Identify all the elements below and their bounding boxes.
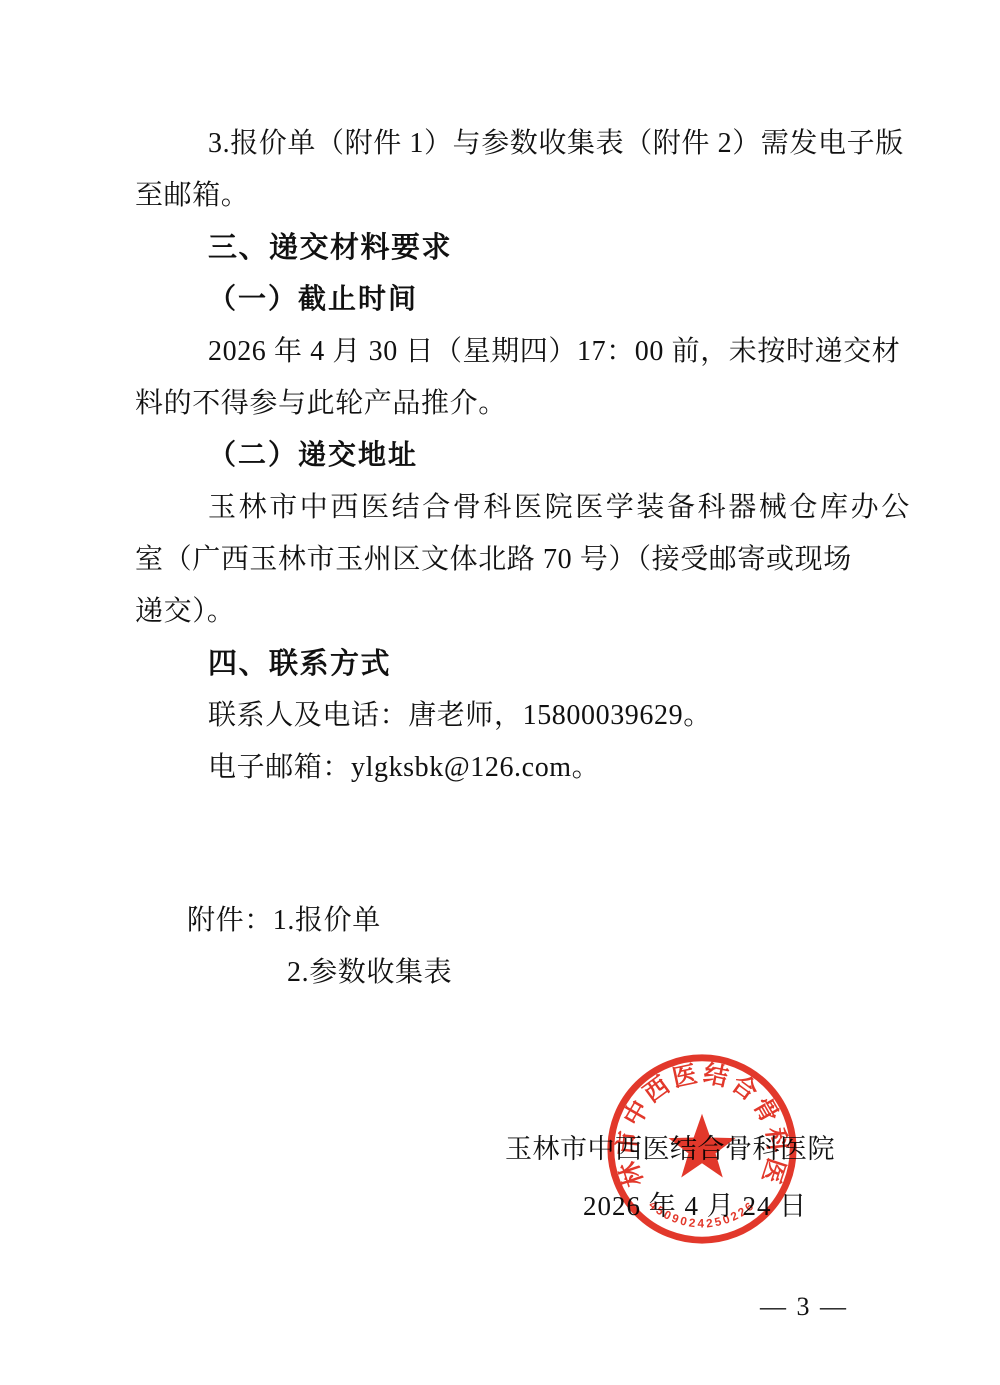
subheading-address: （二）递交地址: [135, 430, 880, 482]
para-contact-email: 电子邮箱：ylgksbk@126.com。: [135, 742, 880, 794]
para-deadline-line-2: 料的不得参与此轮产品推介。: [135, 378, 880, 430]
heading-section-four: 四、联系方式: [135, 638, 880, 690]
seal-code: 4509024250226: [646, 1199, 758, 1231]
para-electronic-copy-note-line-2: 至邮箱。: [135, 170, 880, 222]
para-deadline-line-1: 2026 年 4 月 30 日（星期四）17：00 前，未按时递交材: [135, 326, 880, 378]
page-number: — 3 —: [760, 1292, 848, 1322]
document-page: 3.报价单（附件 1）与参数收集表（附件 2）需发电子版 至邮箱。 三、递交材料…: [0, 0, 1000, 1385]
subheading-deadline: （一）截止时间: [135, 274, 880, 326]
attachment-item-1: 附件：1.报价单: [135, 895, 452, 947]
seal-ring-text: 玉林市中西医结合骨科医院: [604, 1051, 792, 1190]
star-icon: [668, 1114, 735, 1178]
heading-section-three: 三、递交材料要求: [135, 222, 880, 274]
para-electronic-copy-note-line-1: 3.报价单（附件 1）与参数收集表（附件 2）需发电子版: [135, 118, 880, 170]
para-address-line-3: 递交）。: [135, 586, 880, 638]
official-seal: 玉林市中西医结合骨科医院 4509024250226: [604, 1051, 800, 1247]
document-body: 3.报价单（附件 1）与参数收集表（附件 2）需发电子版 至邮箱。 三、递交材料…: [135, 118, 880, 794]
attachments-block: 附件：1.报价单 2.参数收集表: [135, 895, 452, 999]
para-contact-phone: 联系人及电话：唐老师，15800039629。: [135, 690, 880, 742]
seal-code-holder: 4509024250226: [646, 1199, 758, 1231]
attachment-item-2: 2.参数收集表: [135, 947, 452, 999]
para-address-line-1: 玉林市中西医结合骨科医院医学装备科器械仓库办公: [135, 482, 880, 534]
seal-ring-text-holder: 玉林市中西医结合骨科医院: [604, 1051, 792, 1190]
para-address-line-2: 室（广西玉林市玉州区文体北路 70 号）（接受邮寄或现场: [135, 534, 880, 586]
